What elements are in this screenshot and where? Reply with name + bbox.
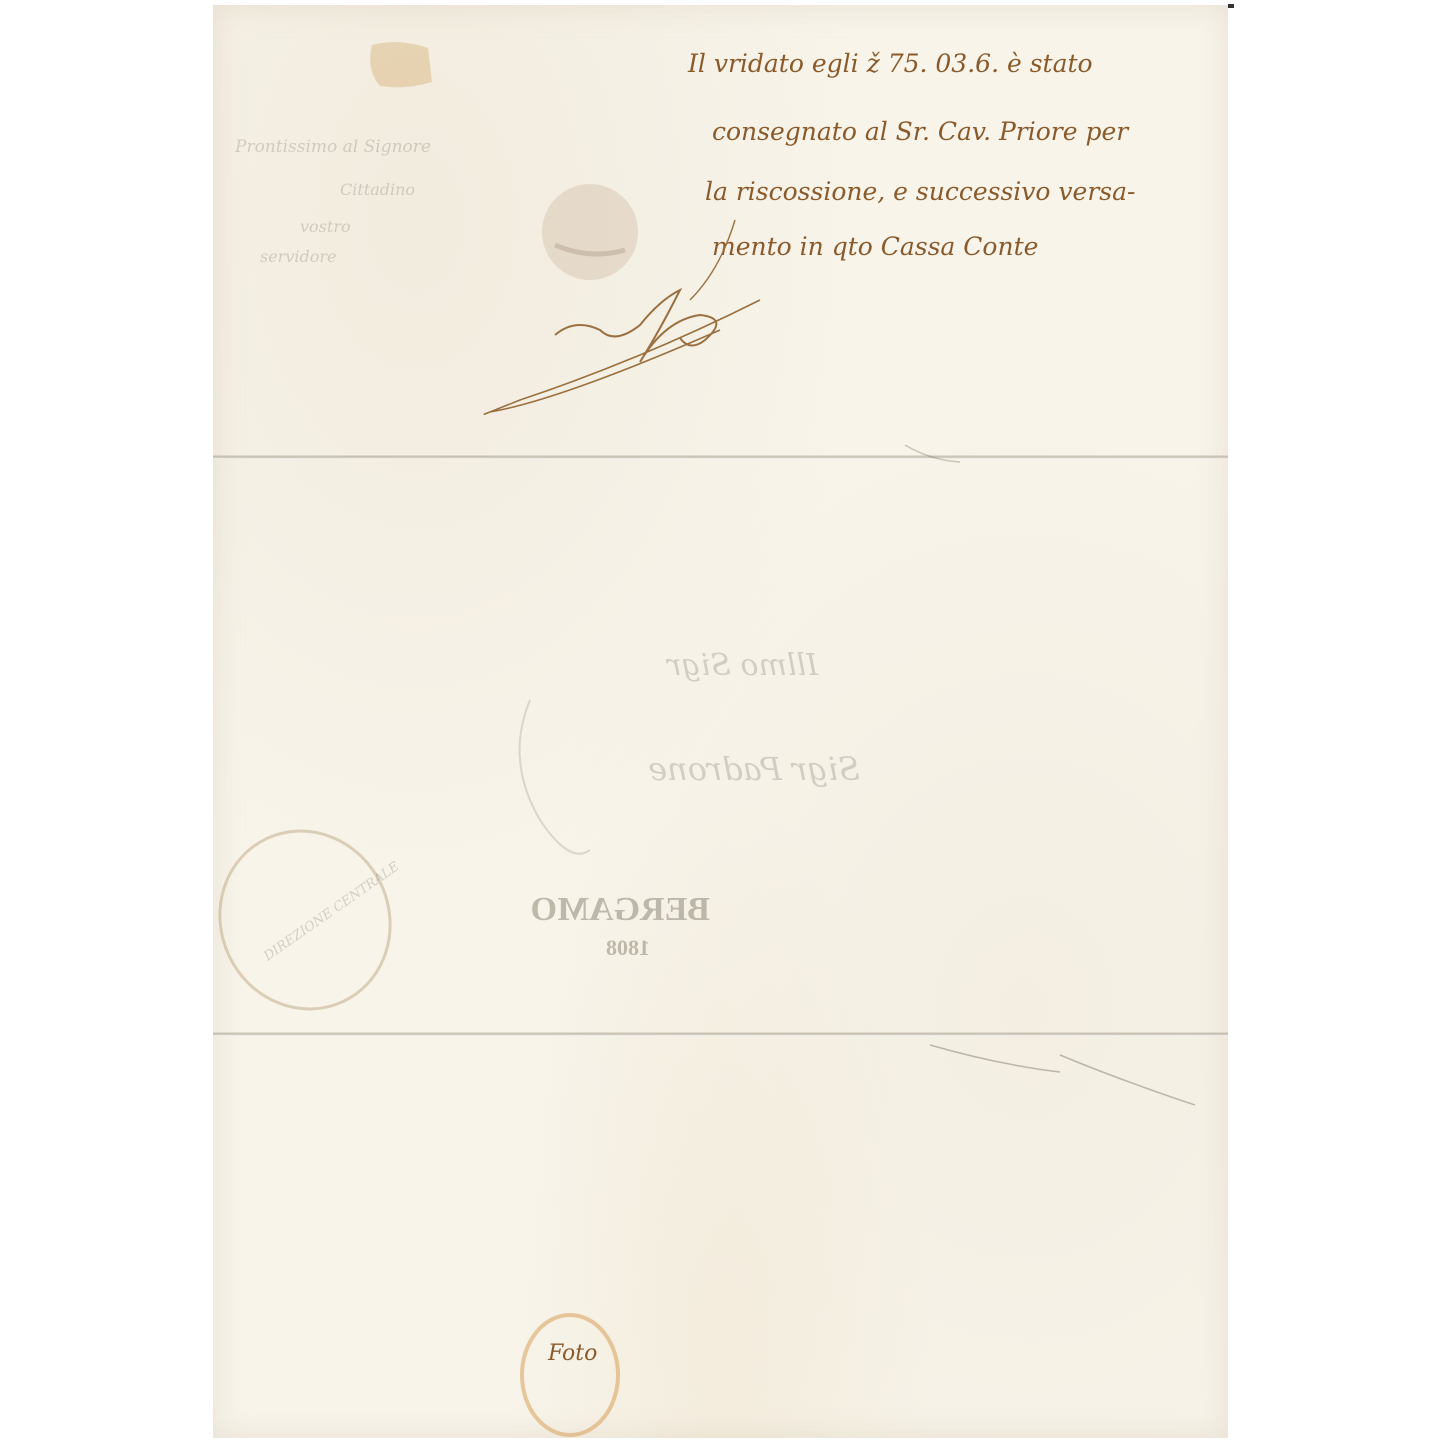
faint-address-line: Illmo Sigr — [666, 648, 819, 683]
faint-flourish — [520, 700, 590, 854]
oval-stamp-text: DIREZIONE CENTRALE — [261, 859, 403, 965]
bleed-through-left-block: Prontissimo al Signore Cittadino vostro … — [234, 137, 431, 266]
faint-line: Prontissimo al Signore — [234, 137, 431, 157]
stain-top-left — [370, 42, 432, 87]
faint-line: Cittadino — [340, 180, 415, 199]
annotation-line-1: Il vridato egli ž 75. 03.6. è stato — [687, 49, 1093, 78]
annotation-line-2: consegnato al Sr. Cav. Priore per — [712, 117, 1130, 146]
handwritten-annotation: Il vridato egli ž 75. 03.6. è stato cons… — [687, 49, 1135, 261]
postal-stamp: BERGAMO 1808 — [531, 891, 710, 960]
postal-stamp-text: BERGAMO — [531, 891, 710, 928]
oval-stamp: DIREZIONE CENTRALE — [191, 803, 419, 1037]
bleed-through-address: Illmo Sigr Sigr Padrone — [648, 648, 860, 788]
faint-line: vostro — [300, 217, 351, 236]
annotation-line-4: mento in qto Cassa Conte — [712, 232, 1038, 261]
paper-creases — [905, 445, 1195, 1105]
wax-seal-mark — [542, 184, 638, 280]
faint-line: servidore — [260, 247, 336, 266]
postal-stamp-year: 1808 — [606, 935, 650, 960]
faint-address-line: Sigr Padrone — [648, 750, 860, 788]
seal-note: Foto — [547, 1341, 597, 1366]
annotation-line-3: la riscossione, e successivo versa- — [705, 177, 1135, 206]
bottom-seal: Foto — [522, 1315, 618, 1435]
